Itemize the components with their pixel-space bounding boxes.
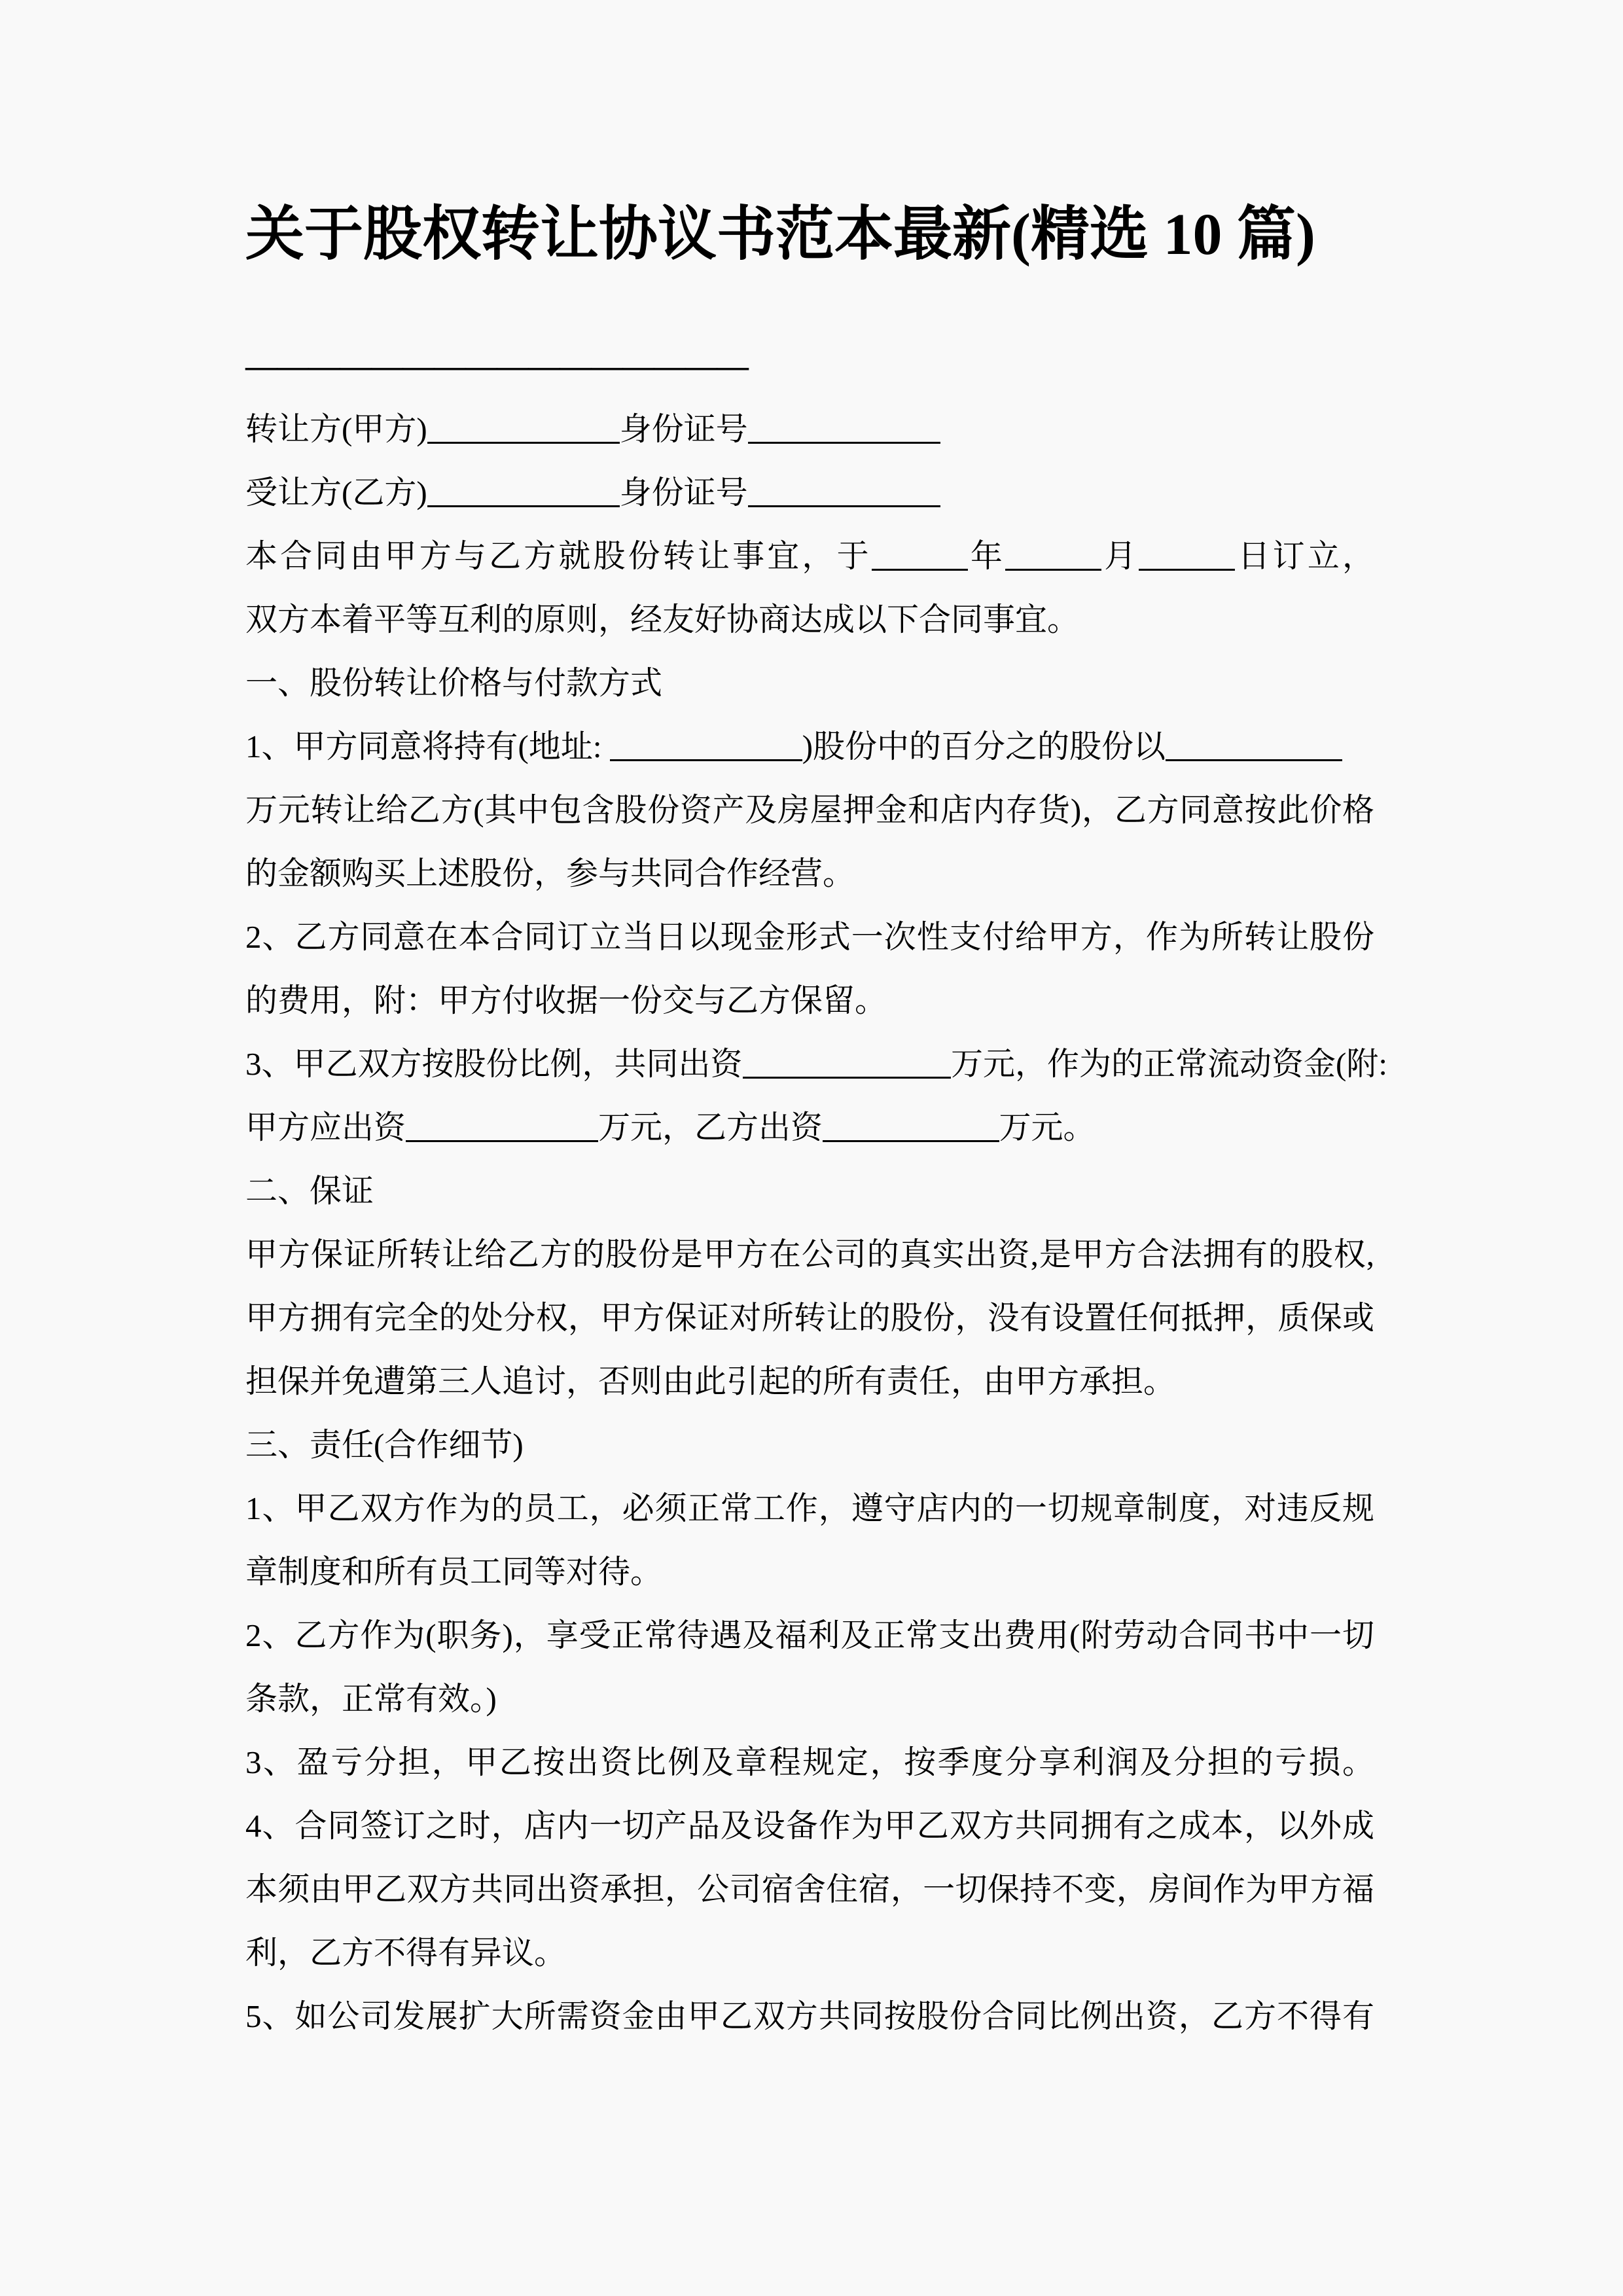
fill-in-blank	[748, 413, 940, 444]
document-title: 关于股权转让协议书范本最新(精选 10 篇)	[245, 196, 1374, 273]
clause-line: 2、乙方作为(职务)，享受正常待遇及福利及正常支出费用(附劳动合同书中一切	[245, 1604, 1374, 1667]
section-2-heading: 二、保证	[245, 1159, 1374, 1223]
fill-in-blank	[872, 540, 968, 571]
fill-in-blank	[1005, 540, 1101, 571]
fill-in-blank	[1139, 540, 1235, 571]
clause-line: 的金额购买上述股份，参与共同合作经营。	[245, 842, 1374, 905]
fill-in-blank	[610, 730, 802, 761]
clause-line: 甲方拥有完全的处分权，甲方保证对所转让的股份，没有设置任何抵押，质保或	[245, 1286, 1374, 1350]
clause-line: 甲方应出资万元，乙方出资万元。	[245, 1096, 1374, 1159]
document-page: 关于股权转让协议书范本最新(精选 10 篇) ————————————————转…	[0, 0, 1623, 2296]
fill-in-blank	[1166, 730, 1342, 761]
section-3-heading: 三、责任(合作细节)	[245, 1413, 1374, 1477]
clause-line: 担保并免遭第三人追讨，否则由此引起的所有责任，由甲方承担。	[245, 1350, 1374, 1413]
party-b-line: 受让方(乙方)身份证号	[245, 461, 1374, 524]
clause-line: 甲方保证所转让给乙方的股份是甲方在公司的真实出资,是甲方合法拥有的股权,	[245, 1223, 1374, 1286]
fill-in-blank	[427, 413, 620, 444]
divider-line: ————————————————	[245, 334, 1374, 397]
fill-in-blank	[406, 1111, 598, 1142]
clause-line: 1、甲乙双方作为的员工，必须正常工作，遵守店内的一切规章制度，对违反规	[245, 1477, 1374, 1540]
clause-line: 条款，正常有效。)	[245, 1667, 1374, 1731]
clause-line: 的费用，附：甲方付收据一份交与乙方保留。	[245, 969, 1374, 1032]
fill-in-blank	[743, 1048, 952, 1079]
clause-line: 利，乙方不得有异议。	[245, 1921, 1374, 1984]
fill-in-blank	[748, 476, 940, 507]
clause-line: 4、合同签订之时，店内一切产品及设备作为甲乙双方共同拥有之成本，以外成	[245, 1794, 1374, 1857]
clause-line: 3、甲乙双方按股份比例，共同出资万元，作为的正常流动资金(附:	[245, 1032, 1374, 1096]
fill-in-blank	[823, 1111, 999, 1142]
clause-line: 2、乙方同意在本合同订立当日以现金形式一次性支付给甲方，作为所转让股份	[245, 905, 1374, 969]
clause-line: 3、盈亏分担，甲乙按出资比例及章程规定，按季度分享利润及分担的亏损。	[245, 1731, 1374, 1794]
section-1-heading: 一、股份转让价格与付款方式	[245, 651, 1374, 715]
clause-line: 本须由甲乙双方共同出资承担，公司宿舍住宿，一切保持不变，房间作为甲方福	[245, 1857, 1374, 1921]
clause-line: 5、如公司发展扩大所需资金由甲乙双方共同按股份合同比例出资，乙方不得有	[245, 1984, 1374, 2048]
clause-line: 1、甲方同意将持有(地址: )股份中的百分之的股份以	[245, 715, 1374, 778]
fill-in-blank	[427, 476, 620, 507]
intro-line-1: 本合同由甲方与乙方就股份转让事宜，于年月日订立，	[245, 524, 1374, 588]
clause-line: 万元转让给乙方(其中包含股份资产及房屋押金和店内存货)，乙方同意按此价格	[245, 778, 1374, 842]
document-body: ————————————————转让方(甲方)身份证号受让方(乙方)身份证号本合…	[245, 334, 1374, 2048]
clause-line: 章制度和所有员工同等对待。	[245, 1540, 1374, 1604]
party-a-line: 转让方(甲方)身份证号	[245, 397, 1374, 461]
intro-line-2: 双方本着平等互利的原则，经友好协商达成以下合同事宜。	[245, 588, 1374, 651]
